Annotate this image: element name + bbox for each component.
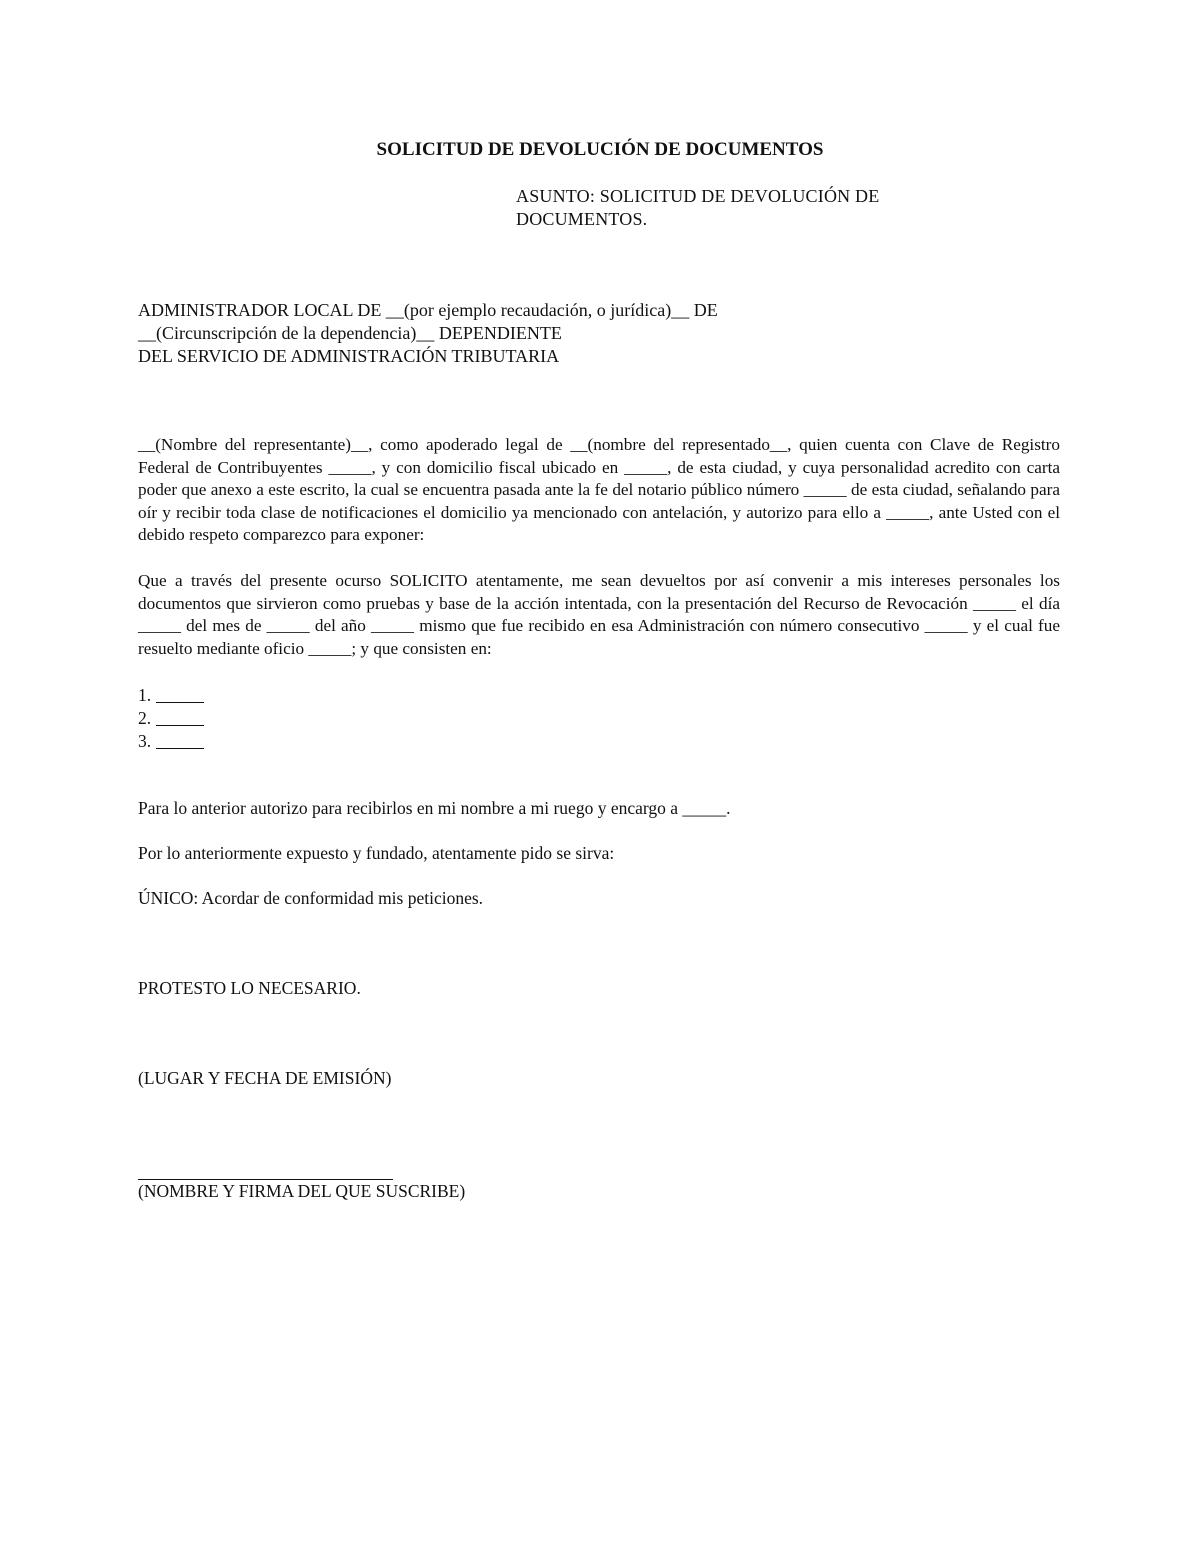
request-intro-text: Por lo anteriormente expuesto y fundado,… [138, 843, 614, 864]
list-item: 3. [138, 730, 204, 753]
list-item-number: 1. [138, 685, 151, 705]
body-paragraph-2: Que a través del presente ocurso SOLICIT… [138, 570, 1060, 660]
signature-label: (NOMBRE Y FIRMA DEL QUE SUSCRIBE) [138, 1181, 465, 1202]
authorization-text: Para lo anterior autorizo para recibirlo… [138, 798, 731, 819]
protest-text: PROTESTO LO NECESARIO. [138, 978, 361, 999]
sole-request-text: ÚNICO: Acordar de conformidad mis petici… [138, 888, 483, 909]
document-page: SOLICITUD DE DEVOLUCIÓN DE DOCUMENTOS AS… [0, 0, 1200, 1553]
subject-block: ASUNTO: SOLICITUD DE DEVOLUCIÓN DE DOCUM… [516, 185, 879, 231]
list-item-number: 3. [138, 731, 151, 751]
blank-field [156, 731, 204, 750]
addressee-line-2: __(Circunscripción de la dependencia)__ … [138, 322, 718, 345]
place-date-text: (LUGAR Y FECHA DE EMISIÓN) [138, 1068, 391, 1089]
document-title: SOLICITUD DE DEVOLUCIÓN DE DOCUMENTOS [0, 139, 1200, 161]
blank-field [156, 685, 204, 704]
subject-line-1: ASUNTO: SOLICITUD DE DEVOLUCIÓN DE [516, 185, 879, 208]
signature-line [138, 1179, 393, 1180]
addressee-line-3: DEL SERVICIO DE ADMINISTRACIÓN TRIBUTARI… [138, 345, 718, 368]
list-item: 2. [138, 707, 204, 730]
blank-field [156, 708, 204, 727]
subject-line-2: DOCUMENTOS. [516, 208, 879, 231]
list-item: 1. [138, 684, 204, 707]
addressee-line-1: ADMINISTRADOR LOCAL DE __(por ejemplo re… [138, 299, 718, 322]
documents-list: 1. 2. 3. [138, 684, 204, 753]
list-item-number: 2. [138, 708, 151, 728]
body-paragraph-1: __(Nombre del representante)__, como apo… [138, 434, 1060, 547]
addressee-block: ADMINISTRADOR LOCAL DE __(por ejemplo re… [138, 299, 718, 368]
